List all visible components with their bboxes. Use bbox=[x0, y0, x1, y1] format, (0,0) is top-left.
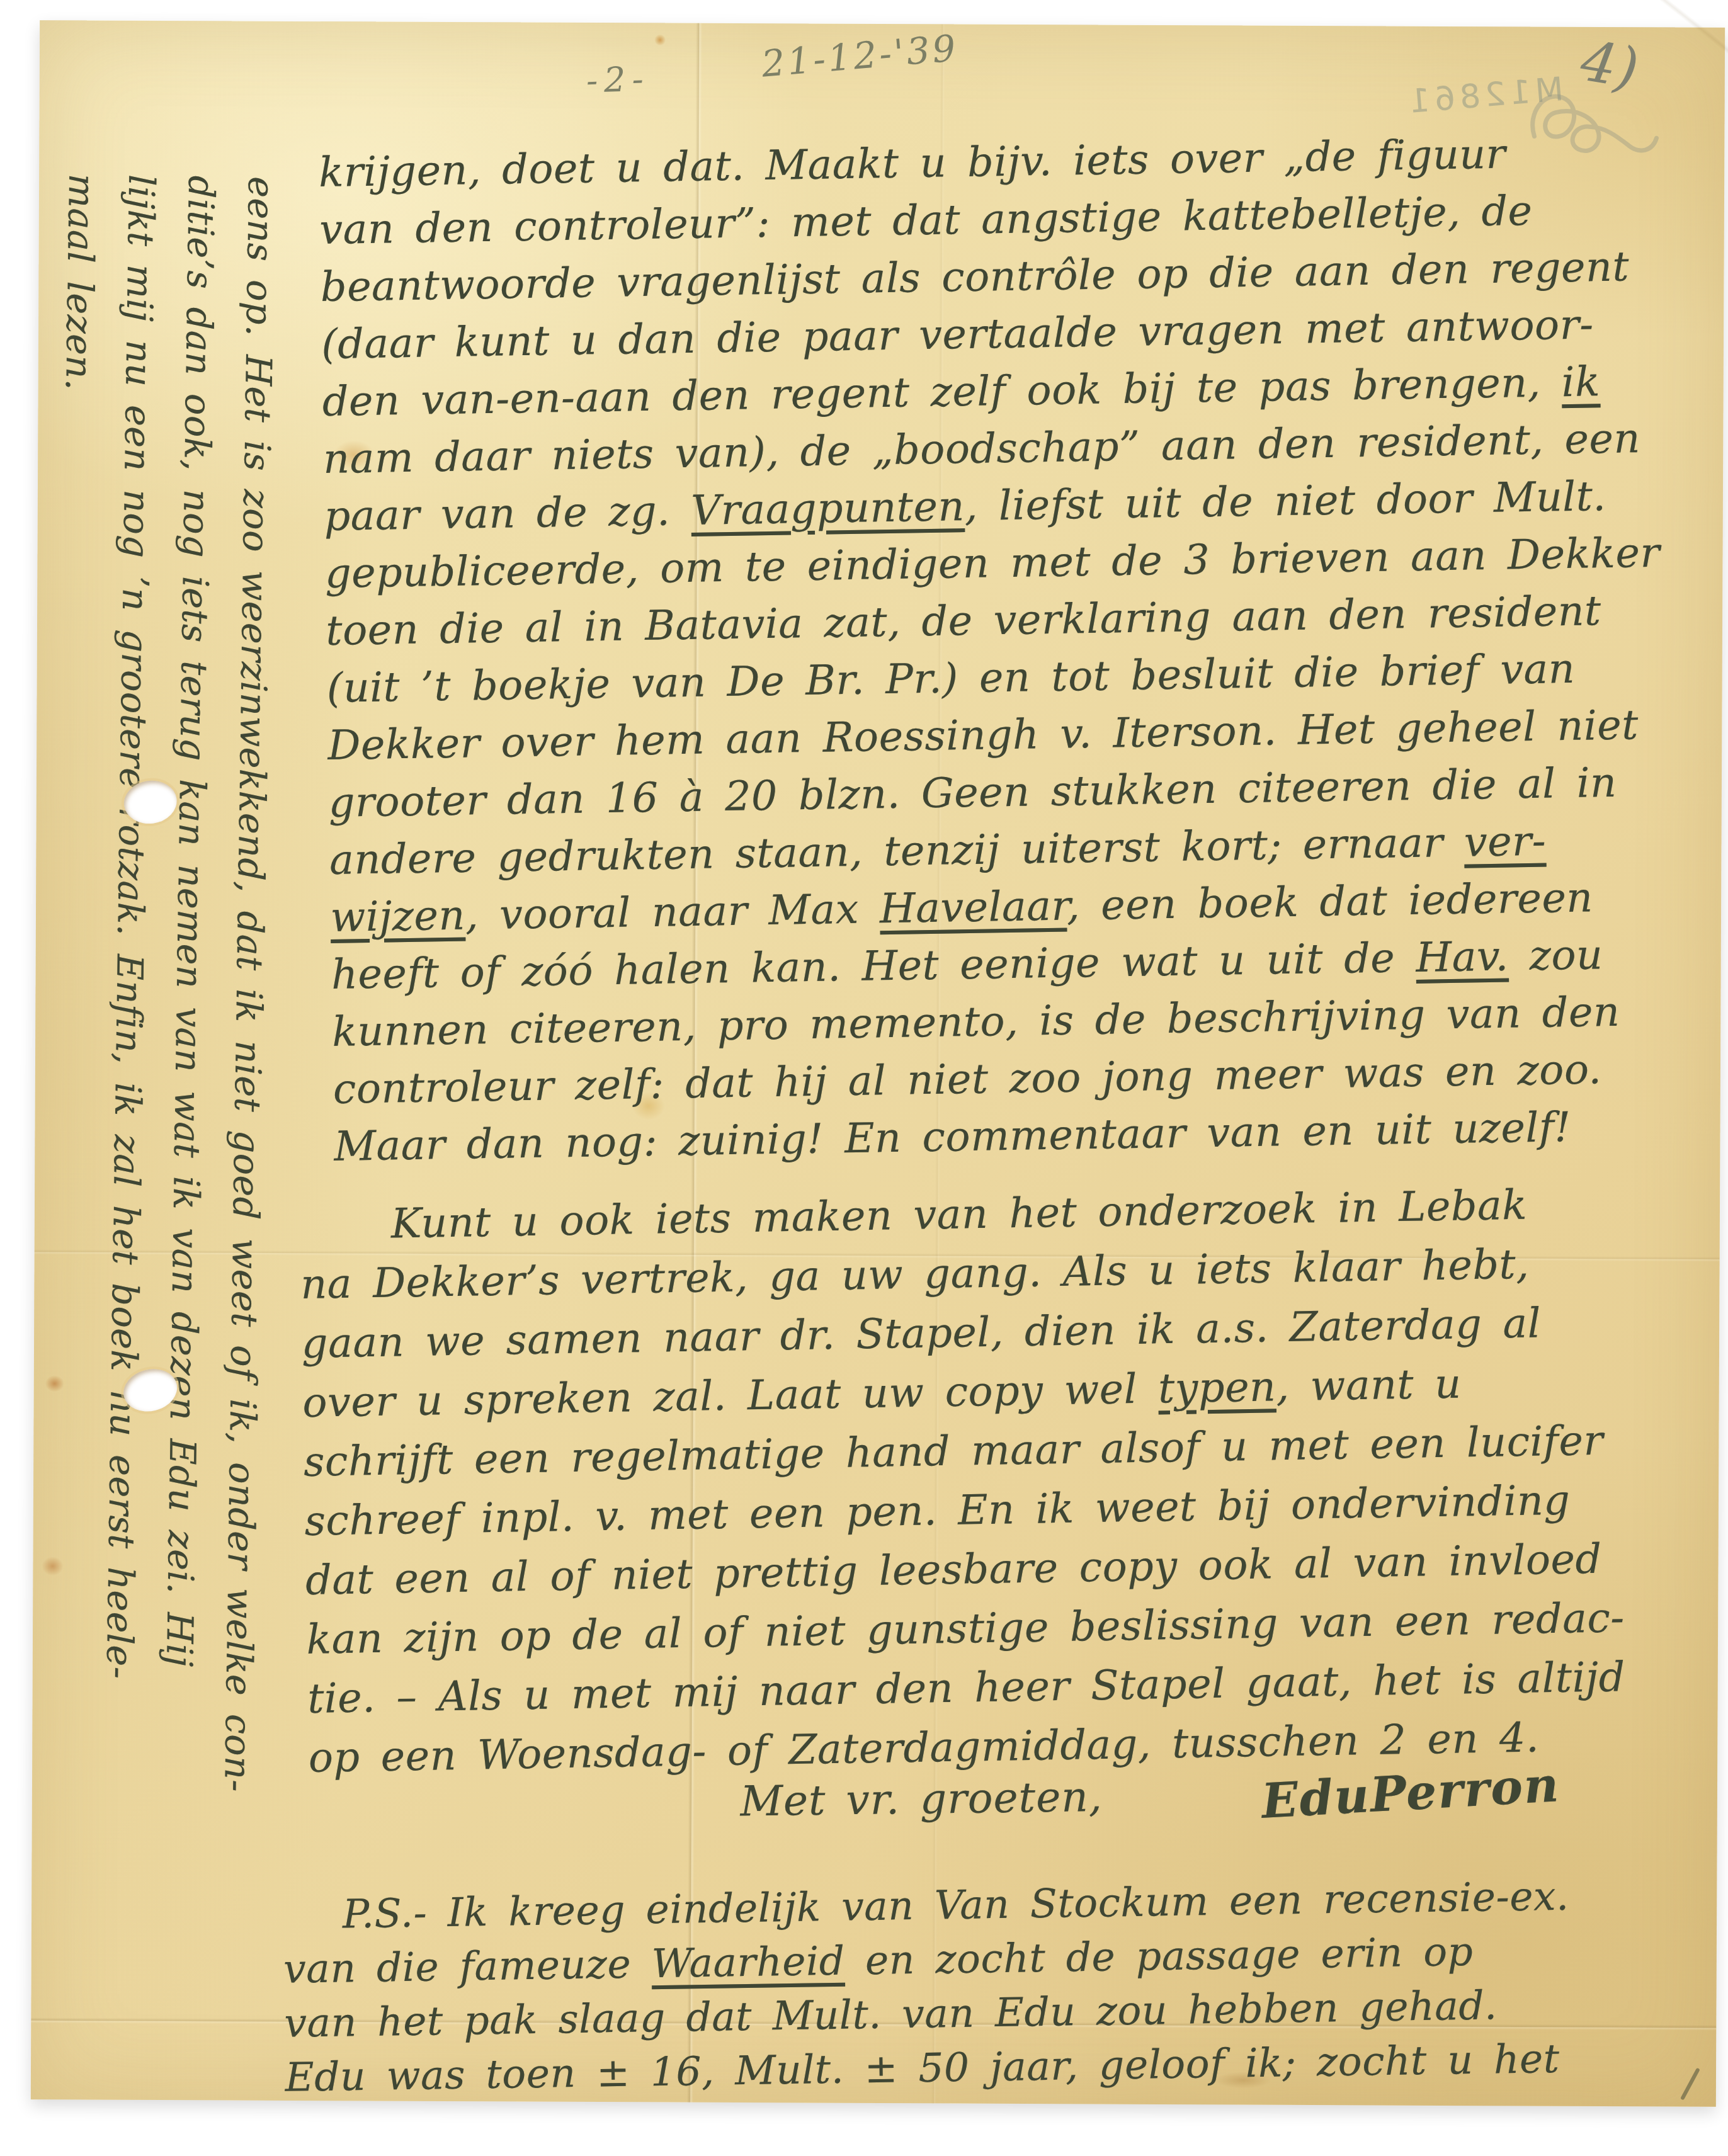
ink-flourish bbox=[1680, 2068, 1700, 2101]
postscript: P.S.- Ik kreeg eindelijk van Van Stockum… bbox=[282, 1869, 1572, 2105]
letter-date: 21-12-'39 bbox=[760, 30, 959, 82]
margin-note: eens op. Het is zoo weerzinwekkend, dat … bbox=[23, 173, 290, 2103]
letter-paragraph-2: Kunt u ook iets maken van het onderzoek … bbox=[299, 1174, 1627, 1788]
paper-stain bbox=[654, 34, 666, 45]
letter-paragraph-1: krijgen, doet u dat. Maakt u bijv. iets … bbox=[318, 123, 1669, 1176]
letter-page: -2- 21-12-'39 4) M12861 krijgen, doet u … bbox=[31, 20, 1725, 2107]
closing-salutation: Met vr. groeten, bbox=[740, 1774, 1103, 1825]
scan-background: { "header": { "page_number": "-2-", "dat… bbox=[0, 0, 1728, 2156]
page-number: -2- bbox=[586, 62, 650, 98]
